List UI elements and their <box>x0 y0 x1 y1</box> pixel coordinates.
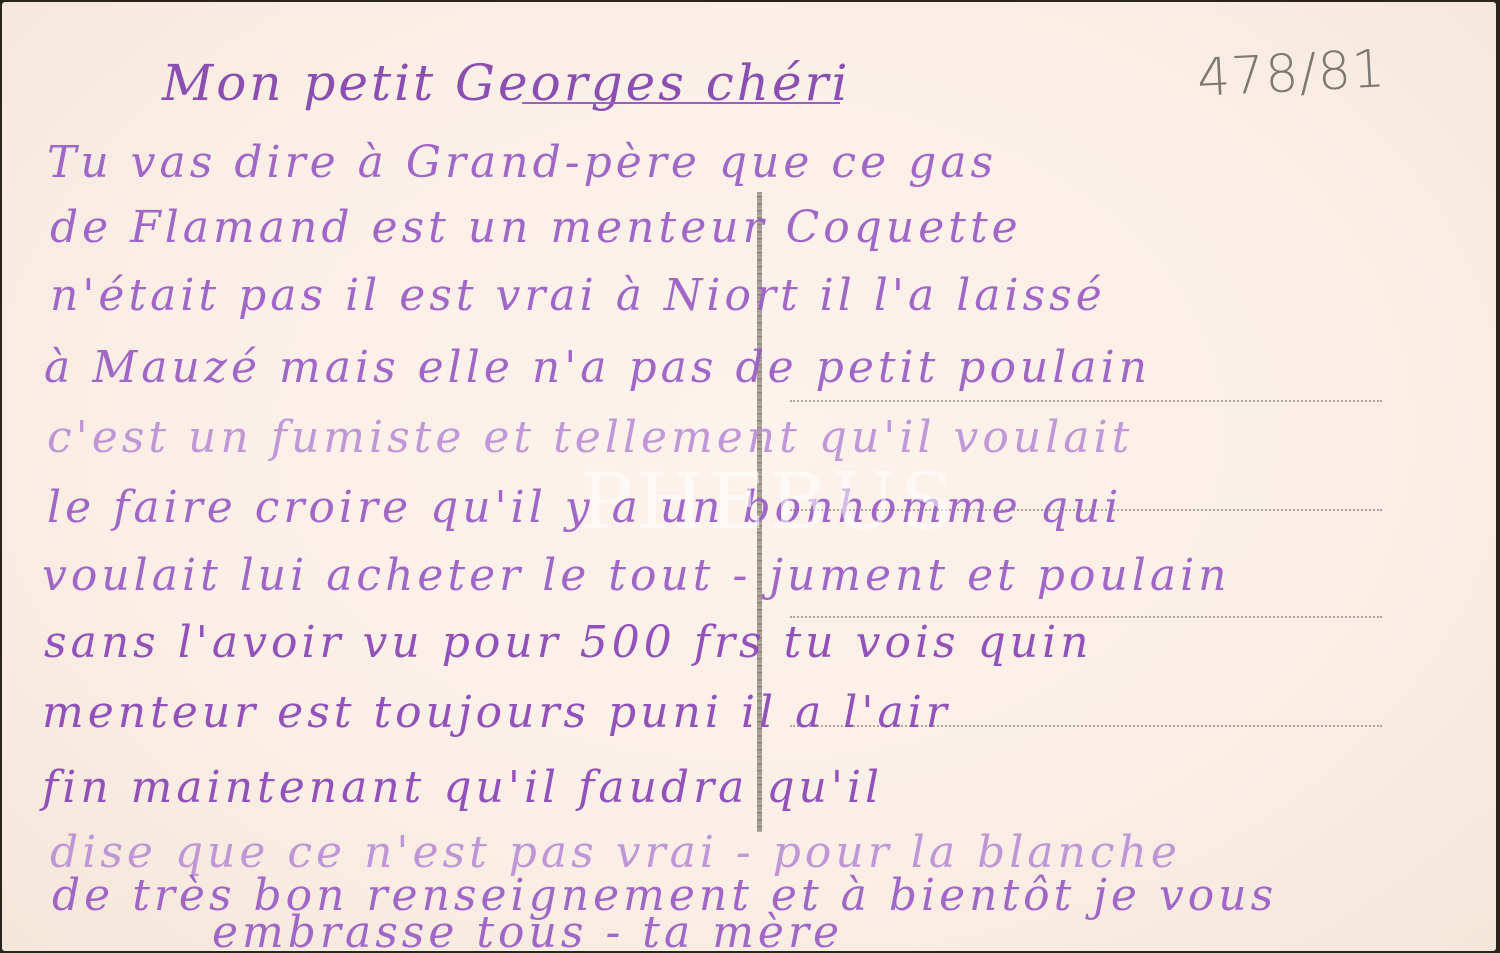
handwritten-line-4: à Mauzé mais elle n'a pas de petit poula… <box>44 342 1151 393</box>
salutation: Mon petit Georges chéri <box>162 54 850 112</box>
handwritten-line-3: n'était pas il est vrai à Niort il l'a l… <box>50 270 1106 321</box>
handwritten-line-1: Tu vas dire à Grand-père que ce gas <box>47 137 997 188</box>
address-line-1 <box>790 400 1382 402</box>
handwritten-line-6: le faire croire qu'il y a un bonhomme qu… <box>47 482 1122 533</box>
handwritten-line-8: sans l'avoir vu pour 500 frs tu vois qui… <box>44 617 1093 668</box>
handwritten-line-5: c'est un fumiste et tellement qu'il voul… <box>47 412 1133 463</box>
postcard: 478/81 Mon petit Georges chéri Tu vas di… <box>2 2 1496 951</box>
handwritten-line-7: voulait lui acheter le tout - jument et … <box>42 550 1230 601</box>
handwritten-line-13: embrasse tous - ta mère <box>212 907 843 951</box>
handwritten-line-9: menteur est toujours puni il a l'air <box>42 687 951 738</box>
handwritten-line-2: de Flamand est un menteur Coquette <box>50 202 1022 253</box>
reference-number: 478/81 <box>1196 39 1388 109</box>
handwritten-line-10: fin maintenant qu'il faudra qu'il <box>42 762 883 813</box>
